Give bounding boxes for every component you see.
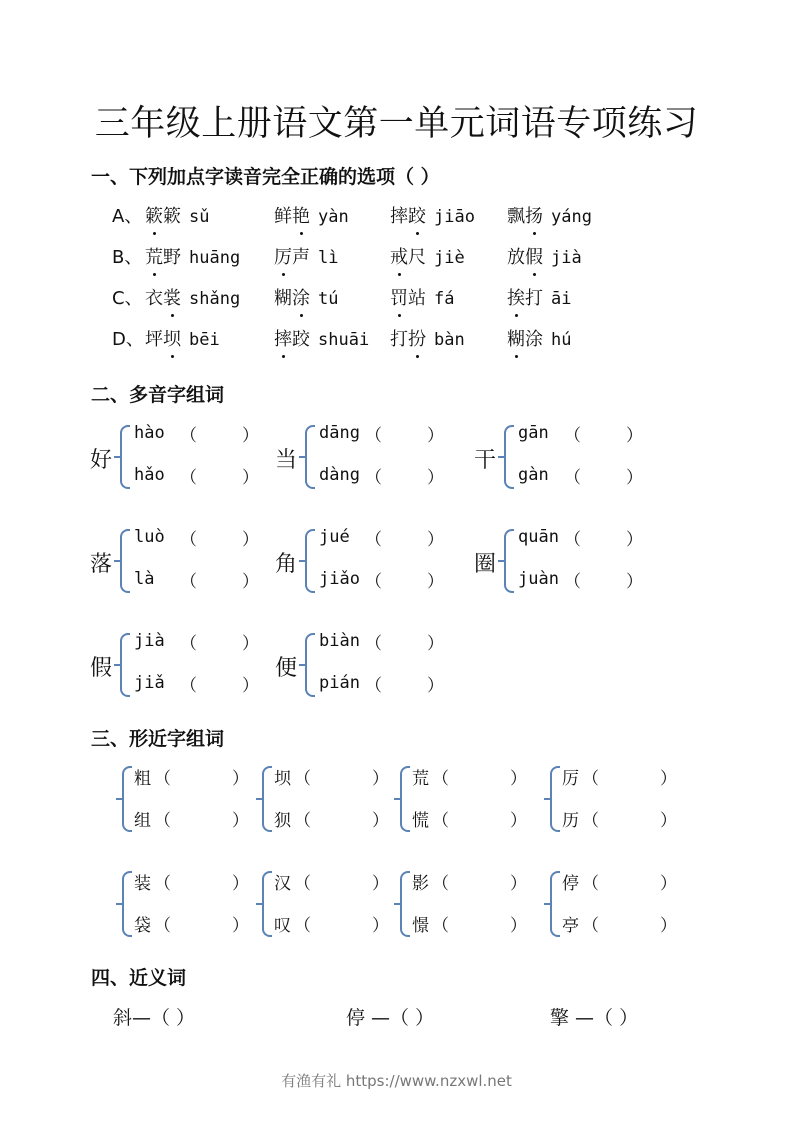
similar-char: 袋 <box>134 911 151 936</box>
similar-char: 停 <box>562 869 579 894</box>
polyphone-char: 便 <box>275 651 297 682</box>
reading-pinyin: quān <box>518 527 559 547</box>
paren-open: （ <box>582 869 599 894</box>
paren-open: （ <box>180 567 197 592</box>
word-char: 糊 <box>274 288 292 309</box>
answer-blank[interactable] <box>385 527 425 547</box>
answer-blank[interactable] <box>318 869 368 889</box>
reading-pinyin: jué <box>319 527 350 547</box>
paren-open: （ <box>564 421 581 446</box>
answer-blank[interactable] <box>385 673 425 693</box>
polyphone-char: 角 <box>275 547 297 578</box>
option-word-item: 衣裳shǎng <box>145 284 240 310</box>
section-4-heading: 四、近义词 <box>91 963 186 990</box>
paren-open: （ <box>365 671 382 696</box>
answer-blank[interactable] <box>456 764 506 784</box>
dotted-char: 扬 <box>525 202 543 228</box>
page-title: 三年级上册语文第一单元词语专项练习 <box>0 96 793 146</box>
answer-blank[interactable] <box>456 806 506 826</box>
paren-open: （ <box>180 421 197 446</box>
paren-open: （ <box>365 463 382 488</box>
paren-close: ） <box>242 525 259 550</box>
word-char: 尺 <box>408 247 426 268</box>
paren-open: （ <box>365 421 382 446</box>
similar-char: 装 <box>134 869 151 894</box>
paren-close: ） <box>427 629 444 654</box>
dotted-char: 坝 <box>163 325 181 351</box>
word-char: 簌 <box>163 206 181 227</box>
answer-blank[interactable] <box>318 764 368 784</box>
paren-close: ） <box>427 463 444 488</box>
similar-char: 慌 <box>412 806 429 831</box>
word-char: 衣 <box>145 288 163 309</box>
option-word-item: 摔跤jiāo <box>390 202 475 228</box>
reading-pinyin: dàng <box>319 465 360 485</box>
paren-close: ） <box>427 567 444 592</box>
answer-blank[interactable] <box>200 673 240 693</box>
paren-close: ） <box>510 764 527 789</box>
polyphone-char: 圈 <box>474 547 496 578</box>
paren-close: ） <box>660 806 677 831</box>
paren-open: （ <box>564 567 581 592</box>
polyphone-char: 当 <box>275 443 297 474</box>
answer-blank[interactable] <box>584 527 624 547</box>
paren-close: ） <box>232 764 249 789</box>
answer-blank[interactable] <box>385 631 425 651</box>
paren-open: （ <box>154 911 171 936</box>
section-3-heading: 三、形近字组词 <box>91 724 224 751</box>
paren-close: ） <box>510 869 527 894</box>
answer-blank[interactable] <box>318 806 368 826</box>
word-char: 跤 <box>292 329 310 350</box>
paren-close: ） <box>660 764 677 789</box>
paren-open: （ <box>294 869 311 894</box>
dotted-char: 荒 <box>145 243 163 269</box>
paren-open: （ <box>582 911 599 936</box>
answer-blank[interactable] <box>178 806 228 826</box>
word-char: 鲜 <box>274 206 292 227</box>
paren-close: ） <box>427 525 444 550</box>
dotted-char: 摔 <box>274 325 292 351</box>
answer-blank[interactable] <box>606 911 656 931</box>
pinyin: yáng <box>551 207 592 227</box>
reading-pinyin: jià <box>134 631 165 651</box>
answer-blank[interactable] <box>584 423 624 443</box>
paren-close: ） <box>660 911 677 936</box>
paren-open: （ <box>154 764 171 789</box>
answer-blank[interactable] <box>584 465 624 485</box>
brace-icon <box>305 633 315 697</box>
synonym-item-2[interactable]: 停 —（ ） <box>346 1003 434 1030</box>
answer-blank[interactable] <box>456 911 506 931</box>
pinyin: shǎng <box>189 289 240 309</box>
paren-close: ） <box>232 806 249 831</box>
reading-pinyin: hào <box>134 423 165 443</box>
answer-blank[interactable] <box>200 423 240 443</box>
paren-open: （ <box>432 869 449 894</box>
option-label[interactable]: B、 <box>112 243 142 269</box>
brace-icon <box>305 529 315 593</box>
pinyin: fá <box>434 289 454 309</box>
section-1-heading: 一、下列加点字读音完全正确的选项（ ） <box>91 162 440 189</box>
brace-icon <box>122 871 132 937</box>
paren-open: （ <box>365 629 382 654</box>
brace-icon <box>120 425 130 489</box>
pinyin: bàn <box>434 330 465 350</box>
paren-open: （ <box>294 806 311 831</box>
reading-pinyin: gān <box>518 423 549 443</box>
option-word-item: 糊涂hú <box>507 325 571 351</box>
paren-open: （ <box>582 764 599 789</box>
paren-close: ） <box>626 525 643 550</box>
similar-char: 亭 <box>562 911 579 936</box>
answer-blank[interactable] <box>200 527 240 547</box>
similar-char: 叹 <box>274 911 291 936</box>
paren-open: （ <box>154 869 171 894</box>
brace-icon <box>262 766 272 832</box>
polyphone-char: 好 <box>90 443 112 474</box>
paren-close: ） <box>242 629 259 654</box>
similar-char: 组 <box>134 806 151 831</box>
paren-open: （ <box>432 806 449 831</box>
option-label[interactable]: D、 <box>112 325 144 351</box>
option-label[interactable]: C、 <box>112 284 143 310</box>
pinyin: hú <box>551 330 571 350</box>
answer-blank[interactable] <box>606 869 656 889</box>
paren-open: （ <box>180 629 197 654</box>
paren-close: ） <box>372 869 389 894</box>
option-word-item: 挨打āi <box>507 284 571 310</box>
polyphone-char: 假 <box>90 651 112 682</box>
answer-blank[interactable] <box>318 911 368 931</box>
paren-close: ） <box>660 869 677 894</box>
pinyin: sǔ <box>189 207 209 227</box>
answer-blank[interactable] <box>606 806 656 826</box>
option-word-item: 荒野huāng <box>145 243 240 269</box>
paren-close: ） <box>372 806 389 831</box>
paren-close: ） <box>242 421 259 446</box>
paren-open: （ <box>432 764 449 789</box>
dotted-char: 糊 <box>507 325 525 351</box>
word-char: 打 <box>390 329 408 350</box>
brace-icon <box>400 766 410 832</box>
option-word-item: 簌簌sǔ <box>145 202 209 228</box>
dotted-char: 簌 <box>145 202 163 228</box>
answer-blank[interactable] <box>200 569 240 589</box>
similar-char: 汉 <box>274 869 291 894</box>
paren-open: （ <box>294 911 311 936</box>
dotted-char: 厉 <box>274 243 292 269</box>
pinyin: bēi <box>189 330 220 350</box>
answer-blank[interactable] <box>200 631 240 651</box>
reading-pinyin: jiǎ <box>134 673 165 693</box>
word-char: 站 <box>408 288 426 309</box>
paren-close: ） <box>242 463 259 488</box>
dotted-char: 涂 <box>292 284 310 310</box>
word-char: 飘 <box>507 206 525 227</box>
option-word-item: 罚站fá <box>390 284 454 310</box>
word-char: 坪 <box>145 329 163 350</box>
paren-open: （ <box>154 806 171 831</box>
word-char: 打 <box>525 288 543 309</box>
pinyin: jiè <box>434 248 465 268</box>
pinyin: jià <box>551 248 582 268</box>
pinyin: huāng <box>189 248 240 268</box>
word-char: 摔 <box>390 206 408 227</box>
paren-close: ） <box>372 764 389 789</box>
paren-open: （ <box>180 463 197 488</box>
similar-char: 粗 <box>134 764 151 789</box>
brace-icon <box>504 529 514 593</box>
footer-watermark: 有渔有礼 https://www.nzxwl.net <box>0 1070 793 1091</box>
option-word-item: 厉声lì <box>274 243 338 269</box>
answer-blank[interactable] <box>178 764 228 784</box>
answer-blank[interactable] <box>385 465 425 485</box>
paren-open: （ <box>432 911 449 936</box>
brace-icon <box>400 871 410 937</box>
answer-blank[interactable] <box>200 465 240 485</box>
dotted-char: 扮 <box>408 325 426 351</box>
similar-char: 狈 <box>274 806 291 831</box>
paren-close: ） <box>510 806 527 831</box>
option-word-item: 摔跤shuāi <box>274 325 369 351</box>
paren-open: （ <box>180 671 197 696</box>
reading-pinyin: gàn <box>518 465 549 485</box>
answer-blank[interactable] <box>385 569 425 589</box>
synonym-item-1[interactable]: 斜—（ ） <box>113 1003 195 1030</box>
reading-pinyin: dāng <box>319 423 360 443</box>
pinyin: āi <box>551 289 571 309</box>
paren-close: ） <box>232 911 249 936</box>
paren-open: （ <box>564 463 581 488</box>
reading-pinyin: biàn <box>319 631 360 651</box>
reading-pinyin: pián <box>319 673 360 693</box>
reading-pinyin: juàn <box>518 569 559 589</box>
answer-blank[interactable] <box>584 569 624 589</box>
similar-char: 影 <box>412 869 429 894</box>
similar-char: 坝 <box>274 764 291 789</box>
paren-open: （ <box>564 525 581 550</box>
dotted-char: 挨 <box>507 284 525 310</box>
option-word-item: 糊涂tú <box>274 284 338 310</box>
dotted-char: 艳 <box>292 202 310 228</box>
paren-close: ） <box>427 671 444 696</box>
brace-icon <box>550 871 560 937</box>
pinyin: shuāi <box>318 330 369 350</box>
word-char: 野 <box>163 247 181 268</box>
dotted-char: 跤 <box>408 202 426 228</box>
brace-icon <box>550 766 560 832</box>
paren-close: ） <box>510 911 527 936</box>
paren-close: ） <box>242 567 259 592</box>
polyphone-char: 落 <box>90 547 112 578</box>
option-word-item: 打扮bàn <box>390 325 465 351</box>
polyphone-char: 干 <box>474 443 496 474</box>
answer-blank[interactable] <box>385 423 425 443</box>
brace-icon <box>262 871 272 937</box>
paren-open: （ <box>582 806 599 831</box>
answer-blank[interactable] <box>456 869 506 889</box>
pinyin: jiāo <box>434 207 475 227</box>
paren-open: （ <box>294 764 311 789</box>
word-char: 声 <box>292 247 310 268</box>
answer-blank[interactable] <box>178 911 228 931</box>
option-word-item: 鲜艳yàn <box>274 202 349 228</box>
option-label[interactable]: A、 <box>112 202 142 228</box>
brace-icon <box>120 529 130 593</box>
similar-char: 憬 <box>412 911 429 936</box>
dotted-char: 假 <box>525 243 543 269</box>
option-word-item: 放假jià <box>507 243 582 269</box>
word-char: 涂 <box>525 329 543 350</box>
similar-char: 历 <box>562 806 579 831</box>
reading-pinyin: jiǎo <box>319 569 360 589</box>
dotted-char: 裳 <box>163 284 181 310</box>
similar-char: 荒 <box>412 764 429 789</box>
paren-close: ） <box>242 671 259 696</box>
reading-pinyin: là <box>134 569 154 589</box>
similar-char: 厉 <box>562 764 579 789</box>
paren-open: （ <box>365 567 382 592</box>
paren-close: ） <box>626 567 643 592</box>
paren-close: ） <box>626 421 643 446</box>
dotted-char: 戒 <box>390 243 408 269</box>
pinyin: tú <box>318 289 338 309</box>
section-2-heading: 二、多音字组词 <box>91 380 224 407</box>
reading-pinyin: hǎo <box>134 465 165 485</box>
paren-close: ） <box>427 421 444 446</box>
option-word-item: 坪坝bēi <box>145 325 220 351</box>
pinyin: yàn <box>318 207 349 227</box>
pinyin: lì <box>318 248 338 268</box>
brace-icon <box>504 425 514 489</box>
paren-close: ） <box>232 869 249 894</box>
paren-open: （ <box>180 525 197 550</box>
dotted-char: 罚 <box>390 284 408 310</box>
synonym-item-3[interactable]: 擎 —（ ） <box>550 1003 638 1030</box>
option-word-item: 戒尺jiè <box>390 243 465 269</box>
answer-blank[interactable] <box>178 869 228 889</box>
brace-icon <box>120 633 130 697</box>
answer-blank[interactable] <box>606 764 656 784</box>
brace-icon <box>122 766 132 832</box>
paren-close: ） <box>626 463 643 488</box>
paren-close: ） <box>372 911 389 936</box>
paren-open: （ <box>365 525 382 550</box>
reading-pinyin: luò <box>134 527 165 547</box>
word-char: 放 <box>507 247 525 268</box>
option-word-item: 飘扬yáng <box>507 202 592 228</box>
brace-icon <box>305 425 315 489</box>
